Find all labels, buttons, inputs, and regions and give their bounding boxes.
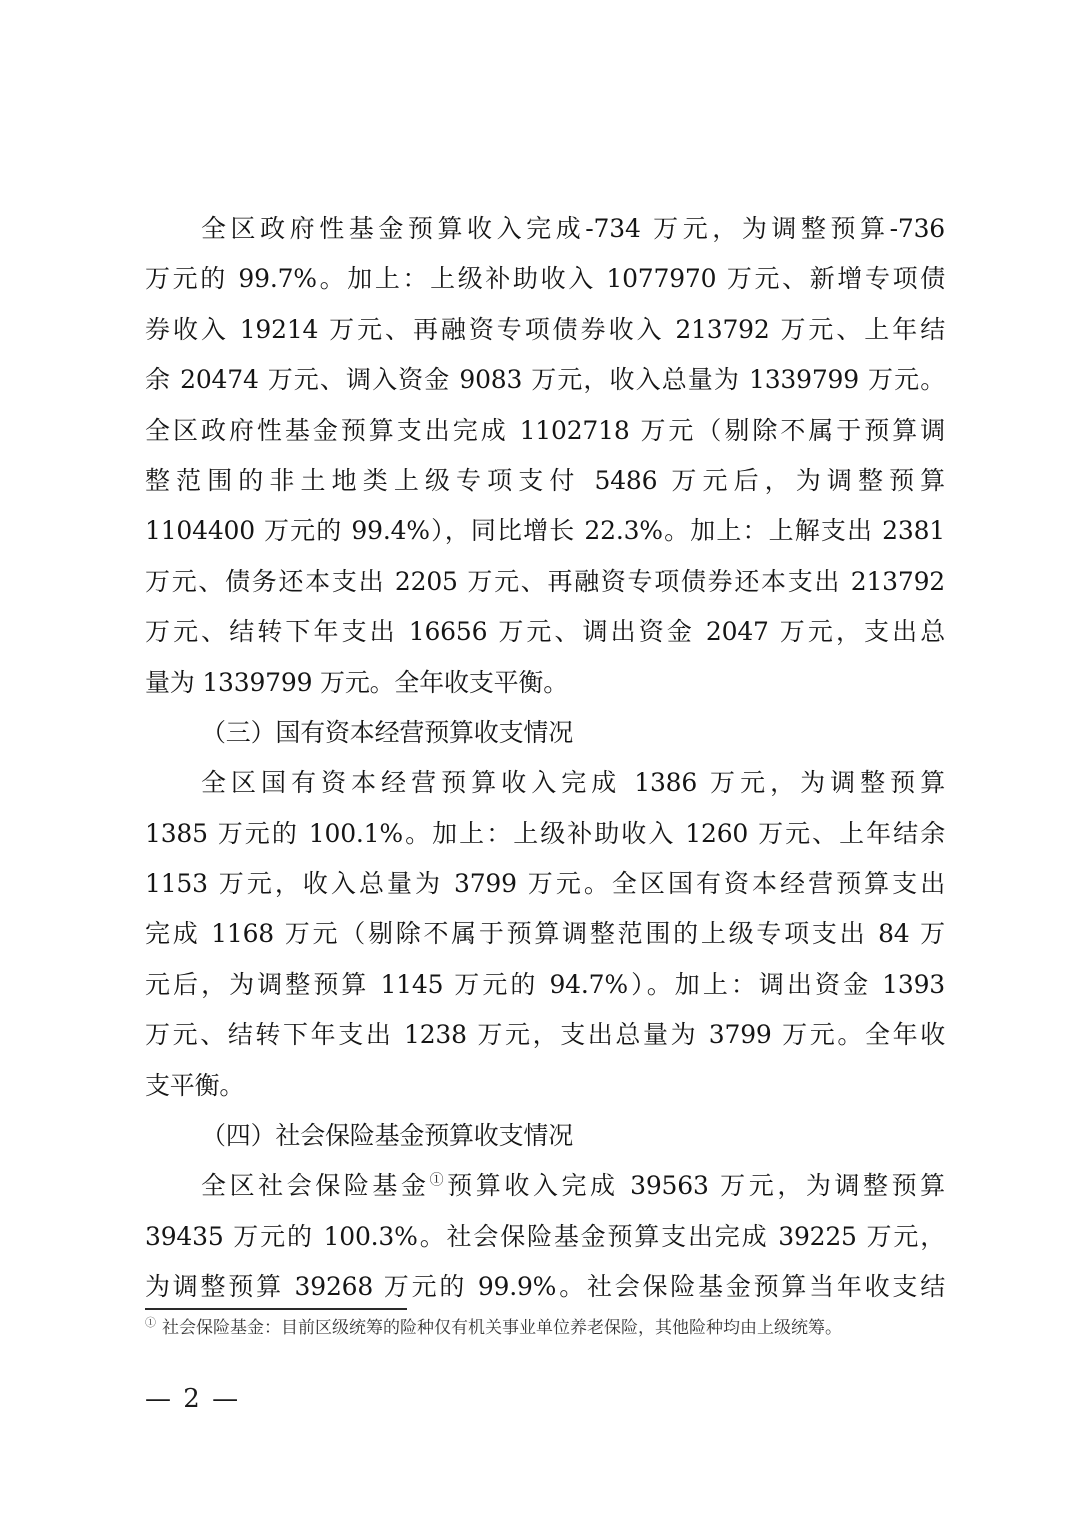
- text-line: 券收入 19214 万元、再融资专项债券收入 213792 万元、上年结: [145, 305, 945, 355]
- text-line: 1104400 万元的 99.4%），同比增长 22.3%。加上：上解支出 23…: [145, 506, 945, 556]
- section-heading: （四）社会保险基金预算收支情况: [145, 1111, 945, 1161]
- text-line: 支平衡。: [145, 1061, 945, 1111]
- text-segment: 预算收入完成 39563 万元，为调整预算: [447, 1171, 945, 1200]
- text-line: 万元、债务还本支出 2205 万元、再融资专项债券还本支出 213792: [145, 557, 945, 607]
- footnote-ref-marker: ①: [430, 1173, 448, 1189]
- text-line: 元后，为调整预算 1145 万元的 94.7%）。加上：调出资金 1393: [145, 960, 945, 1010]
- text-line: 1385 万元的 100.1%。加上：上级补助收入 1260 万元、上年结余: [145, 809, 945, 859]
- document-page: 全区政府性基金预算收入完成-734 万元，为调整预算-736 万元的 99.7%…: [0, 0, 1074, 1520]
- footnote-text: 社会保险基金：目前区级统筹的险种仅有机关事业单位养老保险，其他险种均由上级统筹。: [162, 1318, 842, 1338]
- footnote: ①社会保险基金：目前区级统筹的险种仅有机关事业单位养老保险，其他险种均由上级统筹…: [145, 1316, 955, 1340]
- footnote-separator: [145, 1308, 407, 1310]
- text-line: 万元、结转下年支出 1238 万元，支出总量为 3799 万元。全年收: [145, 1010, 945, 1060]
- text-line: 全区政府性基金预算支出完成 1102718 万元（剔除不属于预算调: [145, 406, 945, 456]
- text-line: 39435 万元的 100.3%。社会保险基金预算支出完成 39225 万元，: [145, 1212, 945, 1262]
- text-line: 万元的 99.7%。加上：上级补助收入 1077970 万元、新增专项债: [145, 254, 945, 304]
- text-line: 量为 1339799 万元。全年收支平衡。: [145, 658, 945, 708]
- text-line: 余 20474 万元、调入资金 9083 万元，收入总量为 1339799 万元…: [145, 355, 945, 405]
- text-line: 整范围的非土地类上级专项支付 5486 万元后，为调整预算: [145, 456, 945, 506]
- text-line: 1153 万元，收入总量为 3799 万元。全区国有资本经营预算支出: [145, 859, 945, 909]
- text-line: 全区国有资本经营预算收入完成 1386 万元，为调整预算: [145, 758, 945, 808]
- body-text: 全区政府性基金预算收入完成-734 万元，为调整预算-736 万元的 99.7%…: [145, 204, 945, 1313]
- page-number: — 2 —: [145, 1384, 240, 1414]
- text-line: 完成 1168 万元（剔除不属于预算调整范围的上级专项支出 84 万: [145, 909, 945, 959]
- text-segment: 全区社会保险基金: [201, 1171, 430, 1200]
- text-line: 全区社会保险基金①预算收入完成 39563 万元，为调整预算: [145, 1161, 945, 1211]
- section-heading: （三）国有资本经营预算收支情况: [145, 708, 945, 758]
- footnote-marker: ①: [145, 1316, 156, 1329]
- text-line: 为调整预算 39268 万元的 99.9%。社会保险基金预算当年收支结: [145, 1262, 945, 1312]
- text-line: 全区政府性基金预算收入完成-734 万元，为调整预算-736: [145, 204, 945, 254]
- text-line: 万元、结转下年支出 16656 万元、调出资金 2047 万元，支出总: [145, 607, 945, 657]
